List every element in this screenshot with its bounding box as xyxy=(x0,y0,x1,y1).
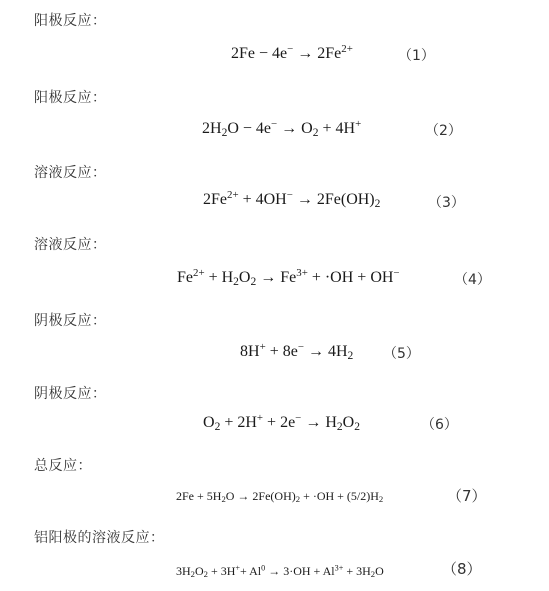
equation-number-3: （3） xyxy=(428,191,465,215)
equation-number-7: （7） xyxy=(447,484,487,508)
equation-number-2: （2） xyxy=(425,119,462,143)
equation-8: 3H2O2 + 3H++ Al0 → 3·OH + Al3+ + 3H2O xyxy=(176,559,384,583)
section-label-5: 阴极反应： xyxy=(34,312,107,330)
equation-number-5: （5） xyxy=(383,342,420,366)
section-label-8: 铝阳极的溶液反应： xyxy=(34,529,165,547)
section-label-3: 溶液反应： xyxy=(34,164,107,182)
equation-number-8: （8） xyxy=(442,557,482,581)
section-label-1: 阳极反应： xyxy=(34,12,107,30)
equation-2: 2H2O − 4e− → O2 + 4H+ xyxy=(202,117,361,141)
equation-number-1: （1） xyxy=(398,44,435,68)
section-label-4: 溶液反应： xyxy=(34,236,107,254)
equation-6: O2 + 2H+ + 2e− → H2O2 xyxy=(203,411,360,435)
equation-4: Fe2+ + H2O2 → Fe3+ + ·OH + OH− xyxy=(177,266,400,290)
section-label-6: 阴极反应： xyxy=(34,385,107,403)
equation-1: 2Fe − 4e− → 2Fe2+ xyxy=(231,42,353,66)
equation-3: 2Fe2+ + 4OH− → 2Fe(OH)2 xyxy=(203,188,380,212)
equation-7: 2Fe + 5H2O → 2Fe(OH)2 + ·OH + (5/2)H2 xyxy=(176,484,383,508)
equation-5: 8H+ + 8e− → 4H2 xyxy=(240,340,353,364)
equation-number-4: （4） xyxy=(454,268,491,292)
section-label-7: 总反应： xyxy=(34,457,92,475)
equation-number-6: （6） xyxy=(421,413,458,437)
section-label-2: 阳极反应： xyxy=(34,89,107,107)
